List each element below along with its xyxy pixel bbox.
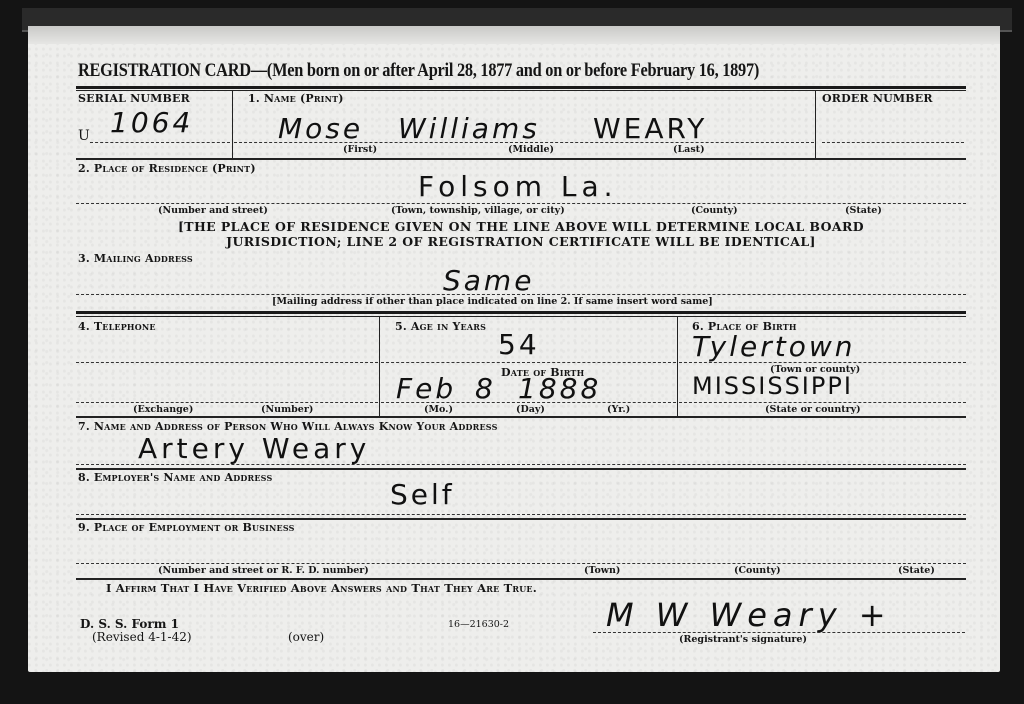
- first-name-value: Mose: [278, 112, 363, 145]
- employment-street-caption: (Number and street or R. F. D. number): [158, 565, 369, 576]
- dob-line: [381, 402, 676, 403]
- age-label: 5. Age in Years: [395, 320, 486, 333]
- divider: [76, 311, 966, 314]
- employer-label: 8. Employer's Name and Address: [78, 471, 272, 484]
- divider: [232, 90, 233, 158]
- form-revised: (Revised 4-1-42): [92, 630, 192, 644]
- street-caption: (Number and street): [158, 205, 268, 216]
- print-code: 16—21630-2: [448, 619, 509, 630]
- serial-number-value: 1064: [110, 106, 193, 139]
- telephone-label: 4. Telephone: [78, 320, 156, 333]
- divider: [76, 86, 966, 89]
- mailing-caption: [Mailing address if other than place ind…: [272, 296, 713, 307]
- residence-notice: [THE PLACE OF RESIDENCE GIVEN ON THE LIN…: [76, 219, 966, 249]
- name-line: [234, 142, 814, 143]
- employment-state-caption: (State): [898, 565, 935, 576]
- dob-month-value: Feb: [396, 372, 456, 405]
- divider: [76, 468, 966, 470]
- county-caption: (County): [691, 205, 738, 216]
- number-caption: (Number): [261, 404, 313, 415]
- employer-line: [76, 514, 966, 515]
- dob-year-value: 1888: [518, 372, 601, 405]
- card-top-shade: [28, 26, 1000, 44]
- birthplace-state-line: [679, 402, 966, 403]
- contact-value: Artery Weary: [138, 432, 370, 465]
- signature-caption: (Registrant's signature): [679, 634, 807, 645]
- serial-number-label: SERIAL NUMBER: [78, 92, 190, 105]
- last-caption: (Last): [673, 144, 705, 155]
- birthplace-town-line: [679, 362, 966, 363]
- mailing-line: [76, 294, 966, 295]
- employment-line: [76, 563, 966, 564]
- last-name-value: WEARY: [593, 112, 707, 145]
- year-caption: (Yr.): [607, 404, 630, 415]
- residence-notice-line1: [THE PLACE OF RESIDENCE GIVEN ON THE LIN…: [76, 219, 966, 234]
- employment-county-caption: (County): [734, 565, 781, 576]
- divider: [815, 90, 816, 158]
- divider: [76, 416, 966, 418]
- middle-caption: (Middle): [508, 144, 554, 155]
- age-line: [381, 362, 676, 363]
- divider: [76, 316, 966, 317]
- divider: [76, 158, 966, 160]
- birthplace-state-value: MISSISSIPPI: [692, 372, 853, 400]
- signature-value: M W Weary +: [606, 596, 892, 634]
- telephone-line-2: [76, 402, 378, 403]
- exchange-caption: (Exchange): [133, 404, 193, 415]
- registration-card: REGISTRATION CARD—(Men born on or after …: [28, 26, 1000, 672]
- residence-line: [76, 203, 966, 204]
- mailing-value: Same: [443, 264, 534, 297]
- divider: [379, 316, 380, 416]
- divider: [76, 578, 966, 580]
- town-caption: (Town, township, village, or city): [391, 205, 565, 216]
- state-country-caption: (State or country): [765, 404, 861, 415]
- dob-day-value: 8: [475, 372, 496, 405]
- order-number-line: [822, 142, 964, 143]
- day-caption: (Day): [516, 404, 545, 415]
- over-note: (over): [288, 630, 324, 644]
- name-label: 1. Name (Print): [248, 92, 344, 105]
- serial-prefix: U: [78, 128, 90, 144]
- residence-value: Folsom La.: [418, 170, 618, 203]
- employer-value: Self: [390, 478, 455, 511]
- telephone-line-1: [76, 362, 378, 363]
- affirmation-text: I Affirm That I Have Verified Above Answ…: [106, 581, 537, 595]
- divider: [76, 518, 966, 520]
- birthplace-town-value: Tylertown: [692, 330, 856, 363]
- signature-line: [593, 632, 965, 633]
- mailing-label: 3. Mailing Address: [78, 252, 193, 265]
- month-caption: (Mo.): [424, 404, 453, 415]
- residence-notice-line2: JURISDICTION; LINE 2 OF REGISTRATION CER…: [76, 234, 966, 249]
- employment-place-label: 9. Place of Employment or Business: [78, 521, 295, 534]
- order-number-label: ORDER NUMBER: [822, 92, 933, 105]
- card-title: REGISTRATION CARD—(Men born on or after …: [78, 60, 759, 82]
- age-value: 54: [498, 328, 540, 361]
- employment-town-caption: (Town): [584, 565, 620, 576]
- form-name: D. S. S. Form 1: [80, 617, 179, 631]
- divider: [76, 90, 966, 91]
- residence-label: 2. Place of Residence (Print): [78, 162, 256, 175]
- first-caption: (First): [343, 144, 377, 155]
- contact-line: [76, 464, 966, 465]
- middle-name-value: Williams: [398, 112, 540, 145]
- divider: [677, 316, 678, 416]
- serial-line: [90, 142, 230, 143]
- state-caption: (State): [845, 205, 882, 216]
